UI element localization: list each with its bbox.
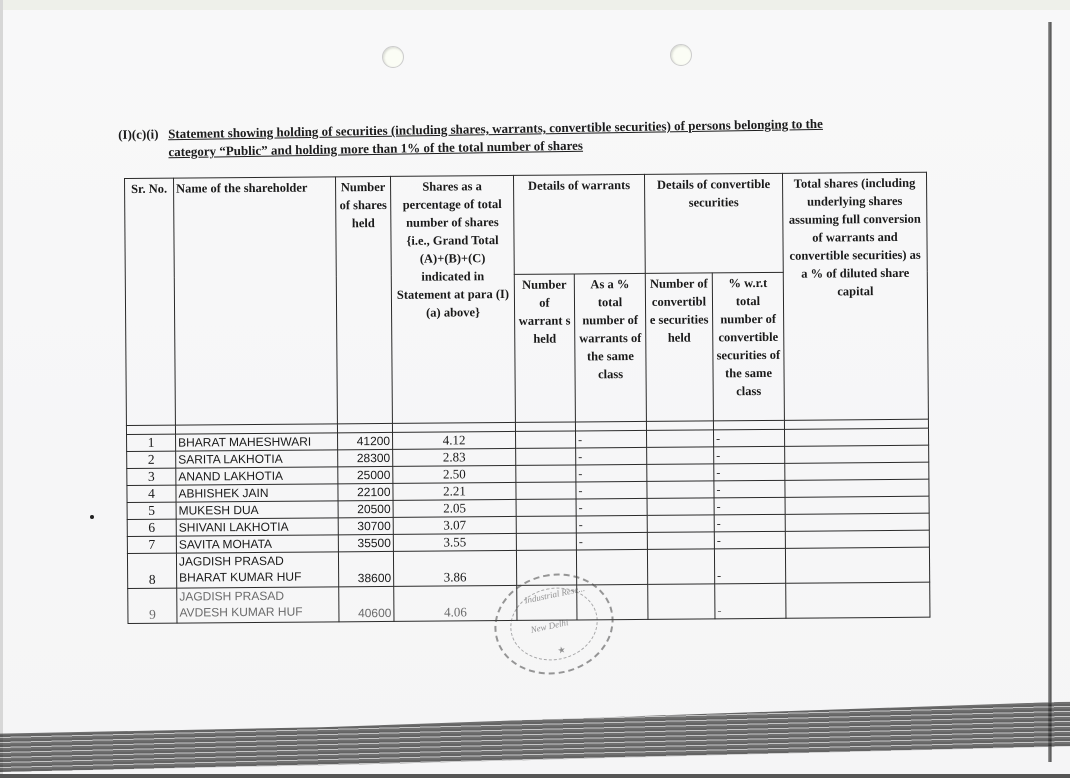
cell-convertible-pct: - — [714, 531, 785, 549]
section-ref: (I)(c)(i) — [118, 125, 168, 144]
header-convertible-num: Number of convertibl e securities held — [645, 273, 713, 422]
cell-warrants-num — [516, 465, 576, 482]
cell-warrants-pct: - — [576, 447, 647, 465]
cell-shares: 20500 — [338, 500, 393, 517]
cell-warrants-num — [516, 482, 576, 499]
cell-convertible-num — [647, 549, 714, 585]
cell-total-diluted — [785, 479, 929, 497]
cell-shares: 22100 — [338, 483, 393, 500]
cell-warrants-num — [516, 431, 576, 448]
cell-sr-no: 8 — [127, 553, 176, 588]
cell-pct: 3.86 — [393, 550, 516, 586]
cell-convertible-num — [647, 498, 714, 516]
header-num-shares: Number of shares held — [335, 176, 392, 423]
cell-shares: 35500 — [338, 534, 393, 551]
cell-convertible-pct: - — [714, 497, 785, 515]
stamp-text-top: Industrial Rese... — [523, 583, 585, 606]
cell-warrants-num — [516, 533, 576, 550]
cell-name: SARITA LAKHOTIA — [176, 450, 338, 468]
scan-top-strip — [0, 0, 1070, 10]
cell-convertible-num — [647, 515, 714, 533]
cell-name: SAVITA MOHATA — [176, 535, 338, 553]
header-warrants-num: Number of warrant s held — [514, 274, 575, 422]
cell-sr-no: 2 — [127, 451, 176, 468]
cell-name: JAGDISH PRASADAVDESH KUMAR HUF — [177, 587, 339, 623]
scan-right-edge-shadow — [1048, 22, 1052, 762]
cell-convertible-pct: - — [714, 548, 785, 584]
cell-pct: 2.50 — [393, 465, 516, 483]
cell-name-line-2: AVDESH KUMAR HUF — [179, 603, 336, 620]
holdings-table-wrapper: Sr. No. Name of the shareholder Number o… — [124, 172, 930, 624]
cell-total-diluted — [785, 547, 929, 583]
cell-convertible-pct: - — [714, 463, 785, 481]
cell-total-diluted — [785, 462, 929, 480]
cell-shares: 38600 — [338, 551, 393, 586]
statement-title: (I)(c)(i)Statement showing holding of se… — [118, 114, 898, 162]
cell-shares: 30700 — [338, 517, 393, 534]
cell-name: ANAND LAKHOTIA — [176, 467, 338, 485]
cell-pct: 2.83 — [393, 448, 516, 466]
cell-name: SHIVANI LAKHOTIA — [176, 518, 338, 536]
cell-sr-no: 3 — [127, 468, 176, 485]
star-icon: ★ — [557, 644, 567, 656]
cell-total-diluted — [785, 513, 929, 531]
hole-punch-icon — [670, 44, 692, 66]
cell-convertible-num — [647, 447, 714, 465]
cell-sr-no: 6 — [127, 519, 176, 536]
scanned-page: (I)(c)(i)Statement showing holding of se… — [0, 0, 1070, 778]
cell-pct: 3.55 — [393, 533, 516, 551]
cell-name-line-2: BHARAT KUMAR HUF — [179, 568, 336, 585]
cell-convertible-pct: - — [714, 514, 785, 532]
title-line-2: category “Public” and holding more than … — [168, 138, 583, 160]
cell-sr-no: 5 — [127, 502, 176, 519]
cell-convertible-num — [648, 584, 715, 620]
cell-pct: 2.05 — [393, 499, 516, 517]
cell-pct: 3.07 — [393, 516, 516, 534]
stamp-text-middle: New Delhi — [530, 617, 569, 635]
cell-convertible-num — [647, 464, 714, 482]
cell-warrants-pct: - — [576, 464, 647, 482]
header-total-diluted: Total shares (including underlying share… — [782, 172, 928, 420]
cell-shares: 28300 — [338, 449, 393, 466]
header-convertible-pct: % w.r.t total number of convertible secu… — [712, 272, 784, 421]
cell-convertible-pct: - — [715, 583, 786, 619]
cell-convertible-num — [647, 481, 714, 499]
header-warrants-group: Details of warrants — [513, 174, 645, 274]
cell-convertible-pct: - — [714, 480, 785, 498]
cell-sr-no: 4 — [127, 485, 176, 502]
cell-warrants-num — [516, 516, 576, 533]
header-pct-shares: Shares as a percentage of total number o… — [390, 175, 515, 423]
cell-name: JAGDISH PRASADBHARAT KUMAR HUF — [176, 552, 338, 588]
cell-total-diluted — [785, 445, 929, 463]
cell-name: ABHISHEK JAIN — [176, 484, 338, 502]
cell-name: MUKESH DUA — [176, 501, 338, 519]
header-name: Name of the shareholder — [174, 177, 338, 425]
cell-name-line-1: JAGDISH PRASAD — [179, 587, 336, 604]
header-sr-no: Sr. No. — [125, 178, 176, 425]
cell-sr-no: 7 — [127, 536, 176, 553]
cell-total-diluted — [785, 530, 929, 548]
cell-pct: 2.21 — [393, 482, 516, 500]
cell-total-diluted — [785, 496, 929, 514]
cell-warrants-pct: - — [576, 515, 647, 533]
cell-sr-no: 1 — [127, 434, 176, 451]
cell-name-line-1: JAGDISH PRASAD — [179, 552, 336, 569]
header-convertible-group: Details of convertible securities — [644, 173, 783, 273]
cell-warrants-num — [516, 448, 576, 465]
header-warrants-pct: As a % total number of warrants of the s… — [574, 273, 646, 422]
cell-total-diluted — [784, 428, 928, 446]
scan-speck — [90, 515, 94, 519]
scan-artifact-band — [0, 700, 1070, 778]
cell-shares: 40600 — [339, 586, 394, 621]
cell-warrants-pct: - — [576, 481, 647, 499]
cell-convertible-pct: - — [714, 446, 785, 464]
cell-shares: 41200 — [338, 432, 393, 449]
cell-warrants-pct: - — [576, 498, 647, 516]
cell-pct: 4.12 — [393, 431, 516, 449]
cell-convertible-pct: - — [713, 429, 784, 447]
cell-warrants-pct: - — [576, 430, 647, 448]
cell-warrants-num — [516, 499, 576, 516]
hole-punch-icon — [382, 46, 404, 68]
holdings-table: Sr. No. Name of the shareholder Number o… — [124, 172, 930, 624]
cell-name: BHARAT MAHESHWARI — [176, 433, 338, 451]
scan-bottom-edge — [0, 774, 1070, 778]
cell-shares: 25000 — [338, 466, 393, 483]
cell-warrants-pct: - — [576, 532, 647, 550]
cell-convertible-num — [646, 430, 713, 448]
cell-convertible-num — [647, 532, 714, 550]
scan-left-edge — [0, 0, 3, 778]
cell-total-diluted — [786, 582, 930, 618]
cell-sr-no: 9 — [128, 588, 177, 623]
